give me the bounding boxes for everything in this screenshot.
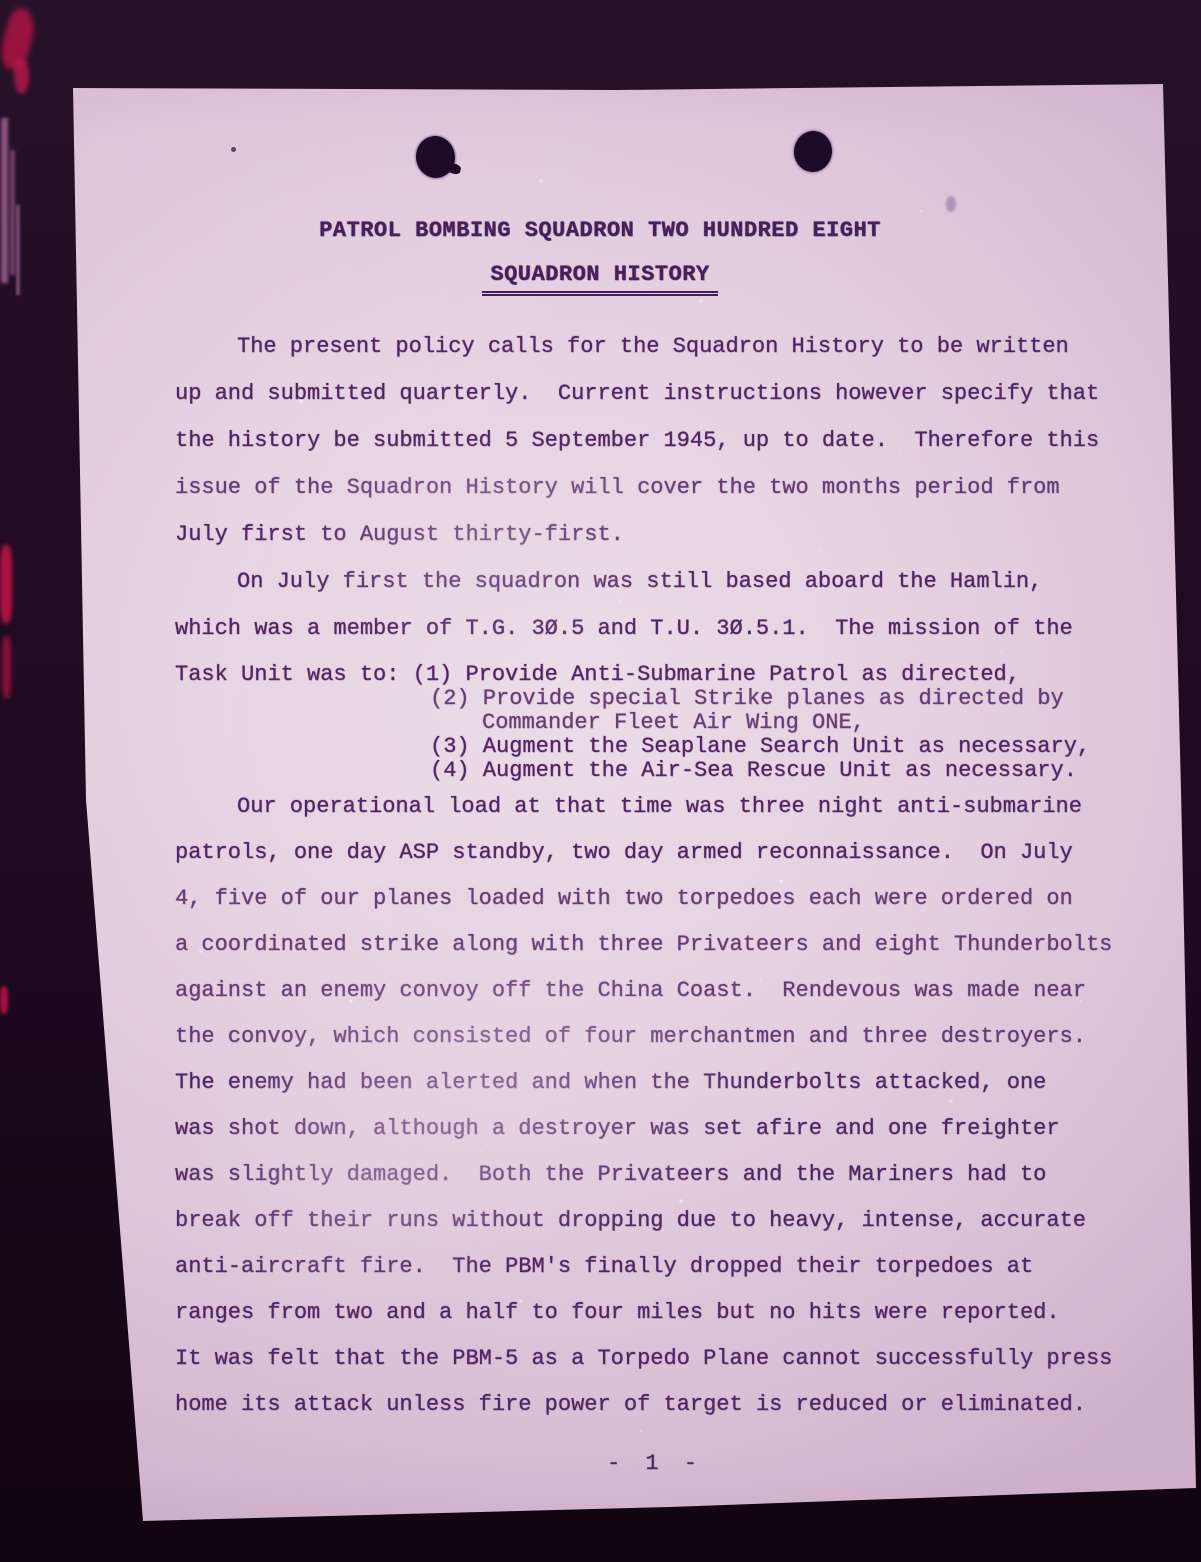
mission-list: (2) Provide special Strike planes as dir… — [430, 687, 1135, 783]
text-line: up and submitted quarterly. Current inst… — [175, 381, 1135, 428]
text-line: The enemy had been alerted and when the … — [175, 1070, 1135, 1116]
text-line: issue of the Squadron History will cover… — [175, 475, 1135, 522]
text-line: On July first the squadron was still bas… — [175, 569, 1135, 616]
typed-content: PATROL BOMBING SQUADRON TWO HUNDRED EIGH… — [175, 85, 1135, 1481]
text-line: Our operational load at that time was th… — [175, 794, 1135, 840]
photo-frame: PATROL BOMBING SQUADRON TWO HUNDRED EIGH… — [0, 0, 1201, 1562]
film-scratch — [16, 205, 20, 295]
text-line: anti-aircraft fire. The PBM's finally dr… — [175, 1254, 1135, 1300]
text-line: was slightly damaged. Both the Privateer… — [175, 1162, 1135, 1208]
paragraph-2: On July first the squadron was still bas… — [175, 569, 1135, 687]
film-artifact-red — [0, 545, 12, 623]
text-line: against an enemy convoy off the China Co… — [175, 978, 1135, 1024]
text-line: The present policy calls for the Squadro… — [175, 334, 1135, 381]
text-line: Task Unit was to: (1) Provide Anti-Subma… — [175, 663, 1135, 687]
page-number: - 1 - — [175, 1451, 1135, 1481]
text-line: which was a member of T.G. 3Ø.5 and T.U.… — [175, 616, 1135, 663]
text-line: It was felt that the PBM-5 as a Torpedo … — [175, 1346, 1135, 1392]
paragraph-1: The present policy calls for the Squadro… — [175, 334, 1135, 569]
text-line: home its attack unless fire power of tar… — [175, 1392, 1135, 1438]
film-scratch — [10, 150, 15, 275]
document-subtitle-text: SQUADRON HISTORY — [482, 260, 717, 296]
text-line: Commander Fleet Air Wing ONE, — [430, 711, 1135, 735]
dust-speckles — [0, 0, 2, 2]
text-line: the convoy, which consisted of four merc… — [175, 1024, 1135, 1070]
text-line: patrols, one day ASP standby, two day ar… — [175, 840, 1135, 886]
text-line: was shot down, although a destroyer was … — [175, 1116, 1135, 1162]
document-page: PATROL BOMBING SQUADRON TWO HUNDRED EIGH… — [0, 0, 1201, 1562]
document-title: PATROL BOMBING SQUADRON TWO HUNDRED EIGH… — [175, 216, 1025, 246]
text-line: break off their runs without dropping du… — [175, 1208, 1135, 1254]
film-artifact-red — [14, 58, 29, 94]
text-line: (2) Provide special Strike planes as dir… — [430, 687, 1135, 711]
document-subtitle: SQUADRON HISTORY — [175, 260, 1025, 298]
text-line: July first to August thirty-first. — [175, 522, 1135, 569]
paragraph-3: Our operational load at that time was th… — [175, 794, 1135, 1438]
film-artifact-red — [0, 986, 8, 1014]
film-artifact-red — [2, 636, 11, 698]
text-line: (4) Augment the Air-Sea Rescue Unit as n… — [430, 759, 1135, 783]
text-line: a coordinated strike along with three Pr… — [175, 932, 1135, 978]
text-line: (3) Augment the Seaplane Search Unit as … — [430, 735, 1135, 759]
text-line: 4, five of our planes loaded with two to… — [175, 886, 1135, 932]
text-line: the history be submitted 5 September 194… — [175, 428, 1135, 475]
text-line: ranges from two and a half to four miles… — [175, 1300, 1135, 1346]
film-scratch — [1, 118, 8, 283]
film-artifact-red — [0, 6, 39, 73]
